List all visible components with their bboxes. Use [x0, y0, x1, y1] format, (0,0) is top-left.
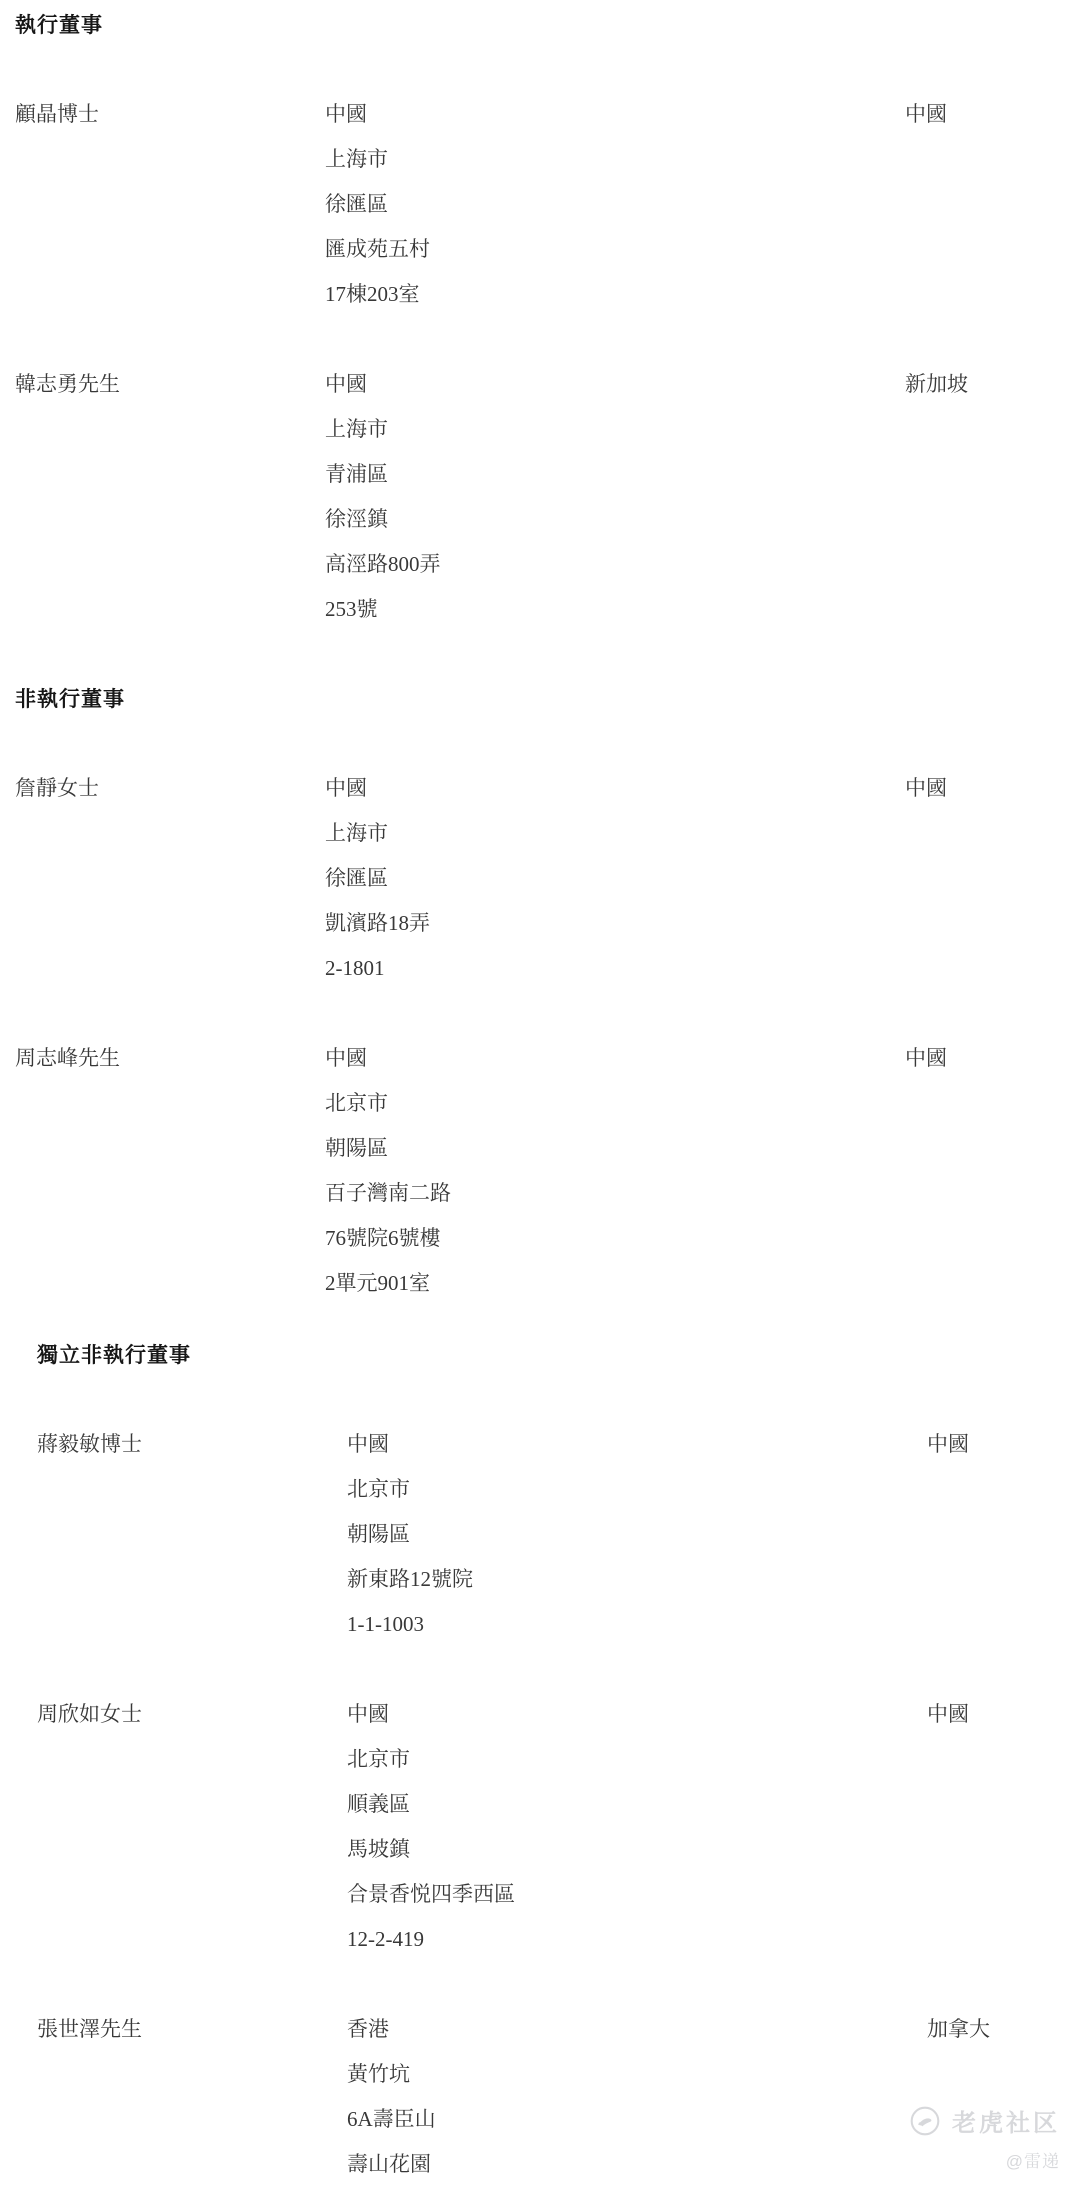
address-line: 中國 [325, 92, 905, 137]
director-row: 周欣如女士 中國北京市順義區馬坡鎮合景香悦四季西區12-2-419 中國 [37, 1692, 1080, 1962]
address-line: 253號 [325, 587, 905, 632]
address-line: 上海市 [325, 137, 905, 182]
address-line: 北京市 [347, 1737, 927, 1782]
address-line: 上海市 [325, 811, 905, 856]
watermark: 老虎社区 @雷递 [910, 2103, 1060, 2172]
director-address: 中國北京市朝陽區百子灣南二路76號院6號樓2單元901室 [325, 1036, 905, 1306]
section-rows: 詹靜女士 中國上海市徐匯區凱濱路18弄2-1801 中國 周志峰先生 中國北京市… [15, 766, 1080, 1306]
director-name: 蔣毅敏博士 [37, 1422, 347, 1467]
director-address: 中國上海市青浦區徐涇鎮高涇路800弄253號 [325, 362, 905, 632]
director-name: 周志峰先生 [15, 1036, 325, 1081]
address-line: 北京市 [347, 1467, 927, 1512]
address-line: 中國 [325, 1036, 905, 1081]
section-heading: 獨立非執行董事 [37, 1340, 1080, 1372]
director-row: 詹靜女士 中國上海市徐匯區凱濱路18弄2-1801 中國 [15, 766, 1080, 991]
director-section: 獨立非執行董事 蔣毅敏博士 中國北京市朝陽區新東路12號院1-1-1003 中國… [37, 1340, 1080, 2187]
address-line: 朝陽區 [347, 1512, 927, 1557]
watermark-brand-row: 老虎社区 [910, 2103, 1060, 2138]
director-address: 香港黃竹坑6A壽臣山壽山花園 [347, 2007, 927, 2187]
address-line: 徐匯區 [325, 856, 905, 901]
address-line: 合景香悦四季西區 [347, 1872, 927, 1917]
director-name: 周欣如女士 [37, 1692, 347, 1737]
document-page: 執行董事 顧晶博士 中國上海市徐匯區匯成苑五村17棟203室 中國 韓志勇先生 … [0, 0, 1080, 2187]
director-section: 非執行董事 詹靜女士 中國上海市徐匯區凱濱路18弄2-1801 中國 周志峰先生… [15, 684, 1080, 1306]
director-name: 張世澤先生 [37, 2007, 347, 2052]
sections-container: 執行董事 顧晶博士 中國上海市徐匯區匯成苑五村17棟203室 中國 韓志勇先生 … [15, 10, 1080, 2187]
address-line: 1-1-1003 [347, 1602, 927, 1647]
director-nationality: 新加坡 [905, 362, 1080, 407]
director-nationality: 加拿大 [927, 2007, 1080, 2052]
director-nationality: 中國 [905, 766, 1080, 811]
director-name: 韓志勇先生 [15, 362, 325, 407]
directors-list: 執行董事 顧晶博士 中國上海市徐匯區匯成苑五村17棟203室 中國 韓志勇先生 … [0, 0, 1080, 2187]
director-nationality: 中國 [927, 1692, 1080, 1737]
director-name: 顧晶博士 [15, 92, 325, 137]
director-row: 顧晶博士 中國上海市徐匯區匯成苑五村17棟203室 中國 [15, 92, 1080, 317]
address-line: 上海市 [325, 407, 905, 452]
address-line: 高涇路800弄 [325, 542, 905, 587]
director-nationality: 中國 [927, 1422, 1080, 1467]
address-line: 香港 [347, 2007, 927, 2052]
address-line: 中國 [325, 766, 905, 811]
address-line: 朝陽區 [325, 1126, 905, 1171]
director-nationality: 中國 [905, 1036, 1080, 1081]
address-line: 17棟203室 [325, 272, 905, 317]
address-line: 凱濱路18弄 [325, 901, 905, 946]
address-line: 匯成苑五村 [325, 227, 905, 272]
address-line: 2單元901室 [325, 1261, 905, 1306]
address-line: 2-1801 [325, 946, 905, 991]
address-line: 百子灣南二路 [325, 1171, 905, 1216]
director-nationality: 中國 [905, 92, 1080, 137]
address-line: 中國 [347, 1692, 927, 1737]
address-line: 黃竹坑 [347, 2052, 927, 2097]
director-section: 執行董事 顧晶博士 中國上海市徐匯區匯成苑五村17棟203室 中國 韓志勇先生 … [15, 10, 1080, 632]
address-line: 76號院6號樓 [325, 1216, 905, 1261]
director-address: 中國上海市徐匯區匯成苑五村17棟203室 [325, 92, 905, 317]
address-line: 新東路12號院 [347, 1557, 927, 1602]
watermark-brand: 老虎社区 [952, 2103, 1060, 2138]
address-line: 中國 [325, 362, 905, 407]
director-row: 周志峰先生 中國北京市朝陽區百子灣南二路76號院6號樓2單元901室 中國 [15, 1036, 1080, 1306]
address-line: 順義區 [347, 1782, 927, 1827]
address-line: 12-2-419 [347, 1917, 927, 1962]
director-address: 中國北京市朝陽區新東路12號院1-1-1003 [347, 1422, 927, 1647]
address-line: 中國 [347, 1422, 927, 1467]
director-address: 中國北京市順義區馬坡鎮合景香悦四季西區12-2-419 [347, 1692, 927, 1962]
tiger-icon [910, 2106, 940, 2136]
section-heading: 執行董事 [15, 10, 1080, 42]
director-row: 蔣毅敏博士 中國北京市朝陽區新東路12號院1-1-1003 中國 [37, 1422, 1080, 1647]
director-name: 詹靜女士 [15, 766, 325, 811]
address-line: 徐匯區 [325, 182, 905, 227]
section-heading: 非執行董事 [15, 684, 1080, 716]
address-line: 徐涇鎮 [325, 497, 905, 542]
address-line: 馬坡鎮 [347, 1827, 927, 1872]
director-row: 韓志勇先生 中國上海市青浦區徐涇鎮高涇路800弄253號 新加坡 [15, 362, 1080, 632]
section-rows: 蔣毅敏博士 中國北京市朝陽區新東路12號院1-1-1003 中國 周欣如女士 中… [37, 1422, 1080, 2187]
address-line: 北京市 [325, 1081, 905, 1126]
address-line: 6A壽臣山 [347, 2097, 927, 2142]
director-address: 中國上海市徐匯區凱濱路18弄2-1801 [325, 766, 905, 991]
address-line: 青浦區 [325, 452, 905, 497]
section-rows: 顧晶博士 中國上海市徐匯區匯成苑五村17棟203室 中國 韓志勇先生 中國上海市… [15, 92, 1080, 632]
address-line: 壽山花園 [347, 2142, 927, 2187]
watermark-handle: @雷递 [1006, 2147, 1060, 2172]
